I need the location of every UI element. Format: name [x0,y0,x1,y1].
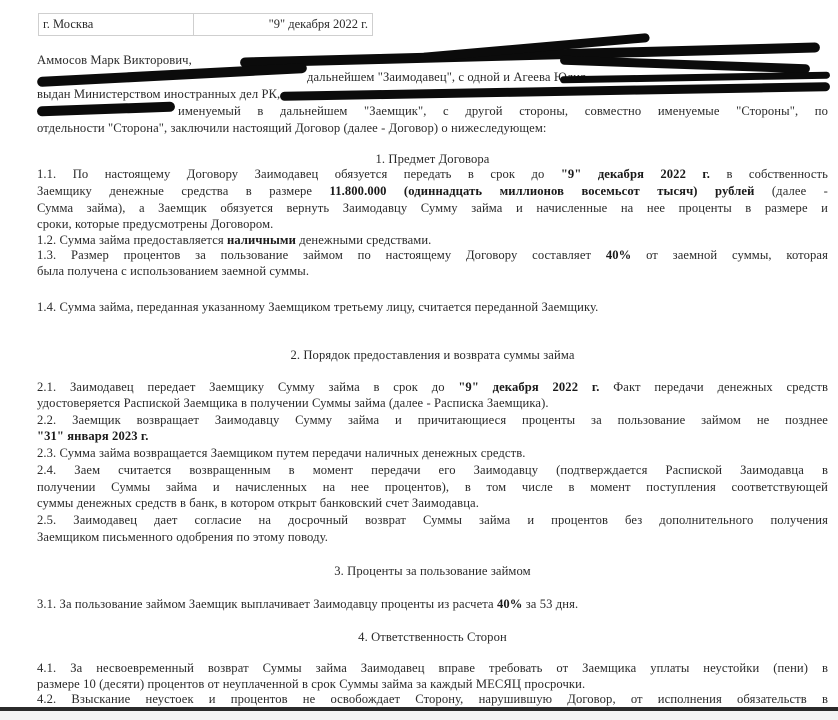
clause-1-1-line-2: Заемщику денежные средства в размере 11.… [37,184,828,199]
section-2-title: 2. Порядок предоставления и возврата сум… [37,348,828,363]
clause-2-4-line-1: 2.4. Заем считается возвращенным в момен… [37,463,828,478]
section-3-title: 3. Проценты за пользование займом [37,564,828,579]
header-table: г. Москва "9" декабря 2022 г. [38,13,373,36]
clause-2-3: 2.3. Сумма займа возвращается Заемщиком … [37,446,828,461]
clause-1-1-line-1: 1.1. По настоящему Договору Заимодавец о… [37,167,828,182]
clause-2-5-line-1: 2.5. Заимодавец дает согласие на досрочн… [37,513,828,528]
clause-1-3-line-1: 1.3. Размер процентов за пользование зай… [37,248,828,263]
clause-1-4: 1.4. Сумма займа, переданная указанному … [37,300,828,315]
clause-1-2: 1.2. Сумма займа предоставляется наличны… [37,233,828,248]
clause-2-4-line-2: получении Суммы займа и начисленных на н… [37,480,828,495]
clause-2-2-line-2: "31" января 2023 г. [37,429,828,444]
contract-date: "9" декабря 2022 г. [194,14,372,35]
clause-1-1-line-3: Сумма займа), а Заемщик обязуется вернут… [37,201,828,216]
clause-4-1-line-2: размере 10 (десяти) процентов от неуплач… [37,677,828,692]
section-4-title: 4. Ответственность Сторон [37,630,828,645]
clause-2-1-line-2: удостоверяется Распиской Заемщика в полу… [37,396,828,411]
clause-2-1-line-1: 2.1. Заимодавец передает Заемщику Сумму … [37,380,828,395]
clause-2-4-line-3: суммы денежных средств в банк, в котором… [37,496,828,511]
section-1-title: 1. Предмет Договора [37,152,828,167]
clause-4-1-line-1: 4.1. За несвоевременный возврат Суммы за… [37,661,828,676]
document-page: г. Москва "9" декабря 2022 г. Аммосов Ма… [0,0,838,720]
clause-4-2-line-1: 4.2. Взыскание неустоек и процентов не о… [37,692,828,707]
preamble-line-5: отдельности "Сторона", заключили настоящ… [37,121,828,136]
clause-1-1-line-4: сроки, которые предусмотрены Договором. [37,217,828,232]
clause-2-5-line-2: Заемщиком письменного одобрения по этому… [37,530,828,545]
preamble-line-4: именуемый в дальнейшем "Заемщик", с друг… [178,104,828,119]
redaction-mark [37,102,175,117]
clause-2-2-line-1: 2.2. Заемщик возвращает Заимодавцу Сумму… [37,413,828,428]
clause-3-1: 3.1. За пользование займом Заемщик выпла… [37,597,828,612]
page-bottom-strip [0,711,838,720]
contract-city: г. Москва [39,14,194,35]
clause-1-3-line-2: была получена с использованием заемной с… [37,264,828,279]
